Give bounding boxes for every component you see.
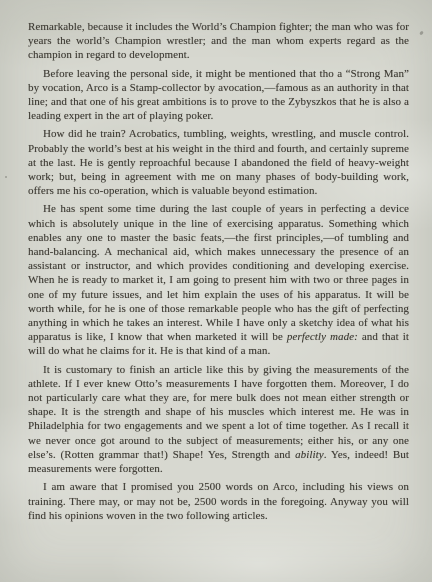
paragraph: Remarkable, because it includes the Worl… — [28, 20, 409, 63]
scanned-page: Remarkable, because it includes the Worl… — [0, 0, 432, 582]
text-segment: How did he train? Acrobatics, tumbling, … — [28, 128, 409, 197]
paragraph: He has spent some time during the last c… — [28, 202, 409, 358]
italic-text-segment: perfectly made: — [287, 331, 358, 343]
paragraph: How did he train? Acrobatics, tumbling, … — [28, 127, 409, 198]
paper-speck — [419, 31, 424, 36]
italic-text-segment: ability — [295, 449, 324, 461]
text-segment: I am aware that I promised you 2500 word… — [28, 481, 409, 521]
text-segment: Remarkable, because it includes the Worl… — [28, 21, 409, 61]
paragraph: I am aware that I promised you 2500 word… — [28, 480, 409, 523]
page-text: Remarkable, because it includes the Worl… — [28, 20, 409, 527]
paper-speck — [5, 176, 7, 178]
text-segment: Before leaving the personal side, it mig… — [28, 68, 409, 123]
paragraph: It is customary to finish an article lik… — [28, 363, 409, 477]
paragraph: Before leaving the personal side, it mig… — [28, 67, 409, 124]
text-segment: He has spent some time during the last c… — [28, 203, 409, 343]
text-segment: It is customary to finish an article lik… — [28, 364, 409, 461]
